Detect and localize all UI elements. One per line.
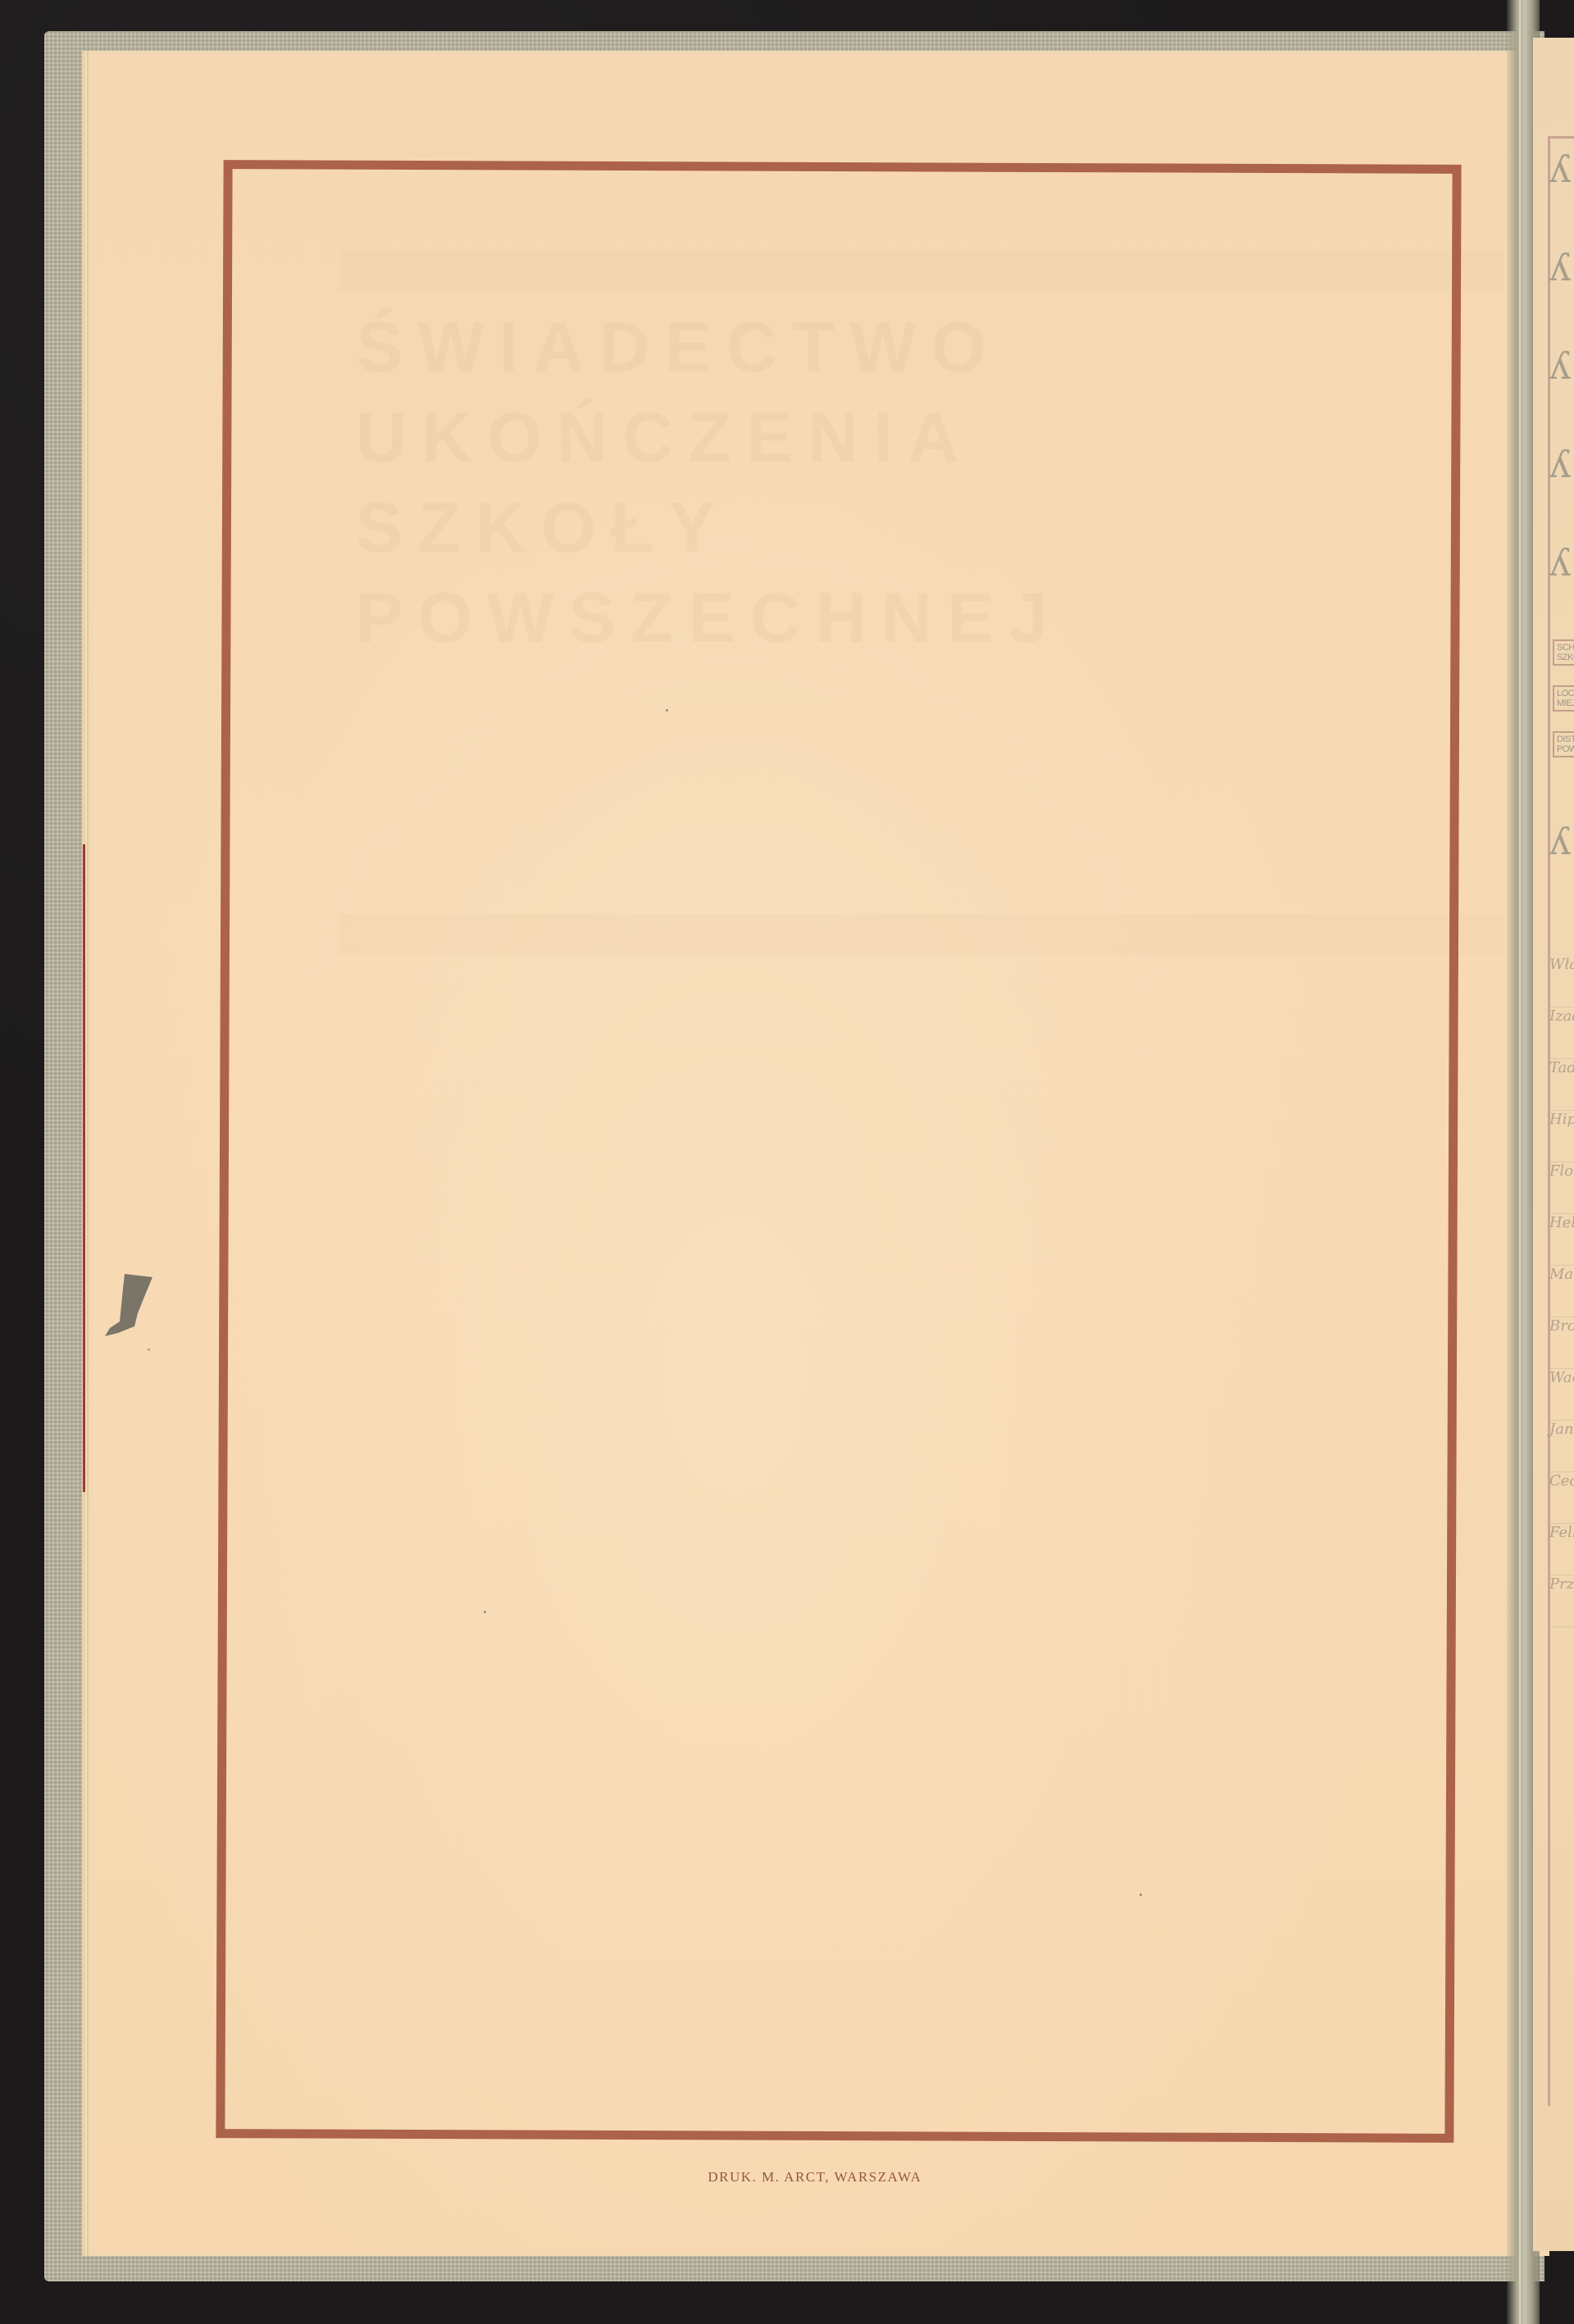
ornament-icon: ʎ <box>1549 152 1574 185</box>
handwritten-name: Wacł <box>1549 1369 1574 1421</box>
label-district: DISTRIC POWIA <box>1553 731 1574 757</box>
gutter-highlight <box>1519 0 1521 2324</box>
handwritten-name: Cecylja <box>1549 1472 1574 1524</box>
handwritten-name: Tadeus <box>1549 1059 1574 1111</box>
handwritten-name: Florenty <box>1549 1162 1574 1214</box>
adjacent-page-sliver: ʎ ʎ ʎ ʎ ʎ SCHOOL SZKOŁA LOCALI MIEJSC DI… <box>1533 38 1574 2251</box>
ornament-icon: ʎ <box>1549 349 1574 382</box>
handwritten-name: Hipolit <box>1549 1111 1574 1162</box>
label-locality: LOCALI MIEJSC <box>1553 685 1574 712</box>
ornament-icon: ʎ <box>1549 251 1574 284</box>
paper-speck <box>484 1611 486 1613</box>
handwritten-name: Helen <box>1549 1214 1574 1266</box>
handwritten-name: Maćkow <box>1549 1266 1574 1317</box>
paper-speck <box>1140 1894 1142 1896</box>
ornament-icon: ʎ <box>1549 448 1574 480</box>
handwritten-name: Izadk <box>1549 1007 1574 1059</box>
handwritten-name: Janina <box>1549 1421 1574 1472</box>
imprint-area: DRUK. M. ARCT, WARSZAWA <box>93 0 1520 2324</box>
printer-imprint: DRUK. M. ARCT, WARSZAWA <box>93 2169 1528 2185</box>
handwritten-names-list: Wład Izadk Tadeus Hipolit Florenty Helen… <box>1549 956 1574 1627</box>
binding-thread <box>83 844 85 1492</box>
handwritten-name: Wład <box>1549 956 1574 1007</box>
handwritten-name: Przybyl <box>1549 1576 1574 1627</box>
paper-speck <box>148 1348 150 1351</box>
paper-speck <box>666 709 668 712</box>
ornament-icon: ʎ <box>1549 825 1574 857</box>
ornament-icon: ʎ <box>1549 546 1574 579</box>
handwritten-name: Feliksa <box>1549 1524 1574 1576</box>
handwritten-name: Bronis <box>1549 1317 1574 1369</box>
label-school: SCHOOL SZKOŁA <box>1553 639 1574 666</box>
